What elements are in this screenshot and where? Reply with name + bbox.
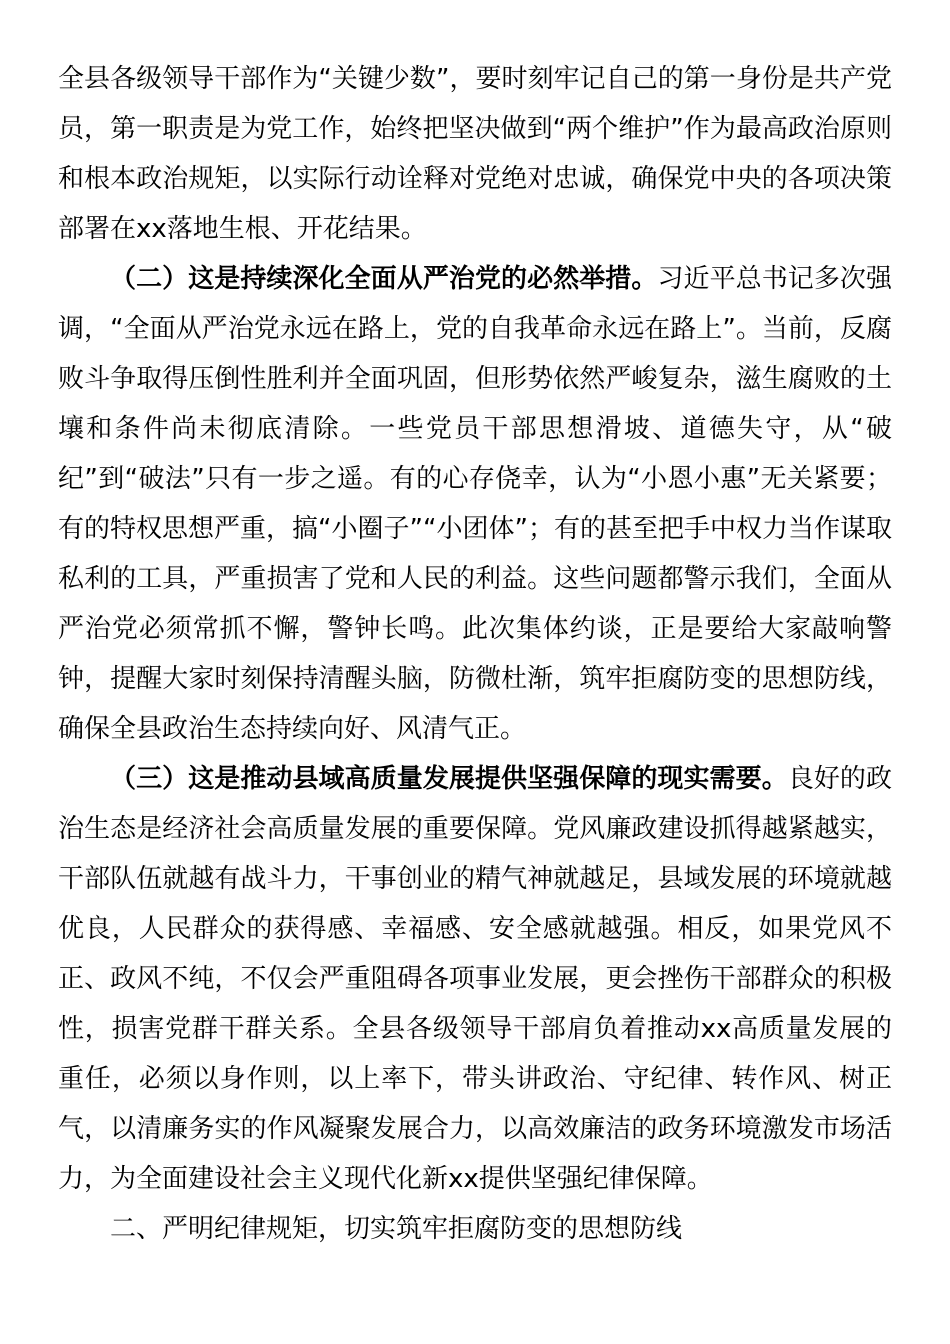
document-content: 全县各级领导干部作为“关键少数”，要时刻牢记自己的第一身份是共产党员，第一职责是…: [0, 0, 950, 1254]
paragraph: （三）这是推动县域高质量发展提供坚强保障的现实需要。良好的政治生态是经济社会高质…: [58, 754, 892, 1204]
paragraph: 全县各级领导干部作为“关键少数”，要时刻牢记自己的第一身份是共产党员，第一职责是…: [58, 54, 892, 254]
text-run: 习近平总书记多次强调，“全面从严治党永远在路上，党的自我革命永远在路上”。当前，…: [58, 264, 892, 744]
bold-lead-run: （二）这是持续深化全面从严治党的必然举措。: [110, 264, 657, 294]
text-run: 二、严明纪律规矩，切实筑牢拒腐防变的思想防线: [110, 1214, 682, 1244]
text-run: 全县各级领导干部作为“关键少数”，要时刻牢记自己的第一身份是共产党员，第一职责是…: [58, 64, 892, 244]
section-heading: 二、严明纪律规矩，切实筑牢拒腐防变的思想防线: [58, 1204, 892, 1254]
text-run: 良好的政治生态是经济社会高质量发展的重要保障。党风廉政建设抓得越紧越实，干部队伍…: [58, 764, 892, 1194]
bold-lead-run: （三）这是推动县域高质量发展提供坚强保障的现实需要。: [110, 764, 788, 794]
paragraph: （二）这是持续深化全面从严治党的必然举措。习近平总书记多次强调，“全面从严治党永…: [58, 254, 892, 754]
document-page: 全县各级领导干部作为“关键少数”，要时刻牢记自己的第一身份是共产党员，第一职责是…: [0, 0, 950, 1344]
